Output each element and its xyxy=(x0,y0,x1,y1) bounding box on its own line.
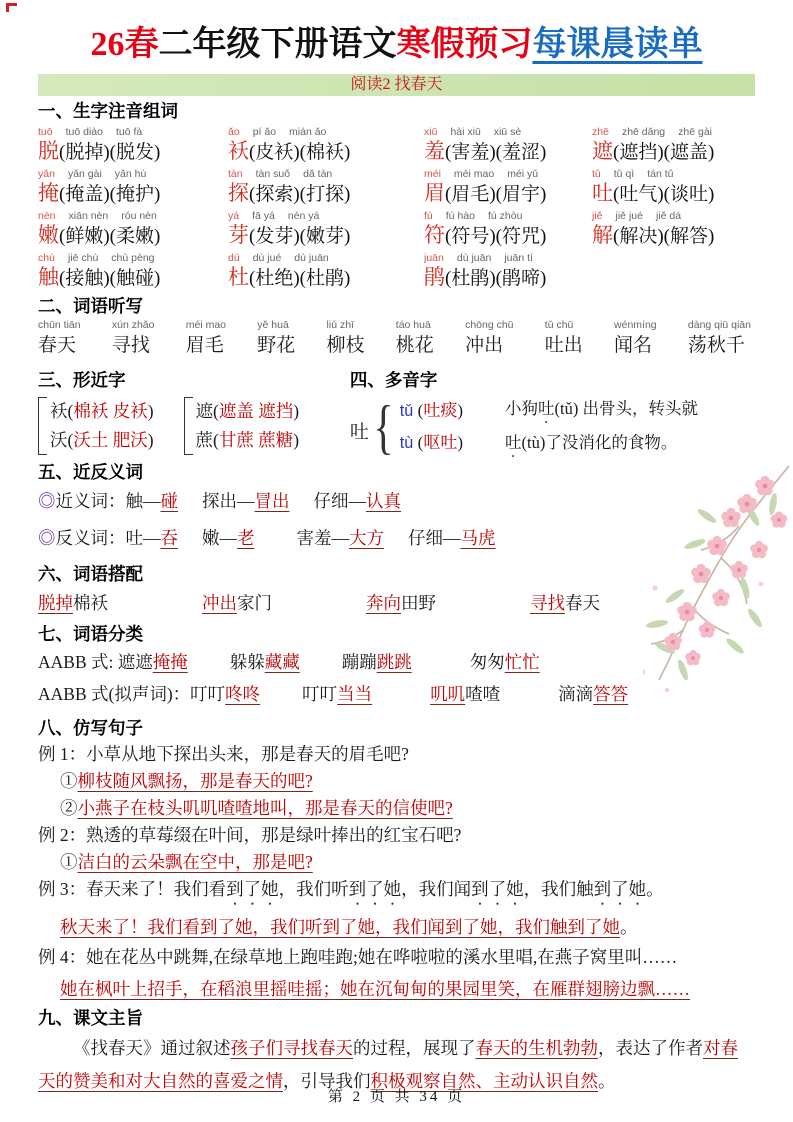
entry-words: (害羞)(羞涩) xyxy=(445,142,546,163)
character-entry: yáfā yánèn yá芽(发芽)(嫩芽) xyxy=(228,209,424,249)
text-segment: 藏藏 xyxy=(265,652,300,672)
polyphonic-body: 吐 { tǔ (吐痰)tù (呕吐) ★ 小狗吐(tǔ) 出骨头，转头就吐(tù… xyxy=(350,393,755,461)
text-segment: 孩子们寻找春天 xyxy=(231,1038,354,1058)
text-segment: 到了她 xyxy=(226,879,279,899)
pinyin: méi mao xyxy=(186,319,226,333)
page-content: 26春二年级下册语文寒假预习每课晨读单 阅读2 找春天 一、生字注音组词 tuō… xyxy=(0,22,793,1098)
text-segment: 小狗 xyxy=(505,399,538,418)
text-segment: ) xyxy=(457,433,463,452)
entry-words: (掩盖)(掩护) xyxy=(59,184,160,205)
text-line: AABB 式(拟声词)：叮叮咚咚叮叮当当叽叽喳喳滴滴答答 xyxy=(38,680,755,709)
pinyin-line: méiméi maoméi yǔ xyxy=(424,167,592,181)
similar-characters-groups: 袄(棉袄 皮袄)沃(沃土 肥沃)遮(遮盖 遮挡)蔗(甘蔗 蔗糖) xyxy=(38,397,350,455)
word-pinyin: méi mao xyxy=(454,167,494,181)
text-segment: 蔗( xyxy=(196,430,219,450)
text-segment: 呕吐 xyxy=(423,433,457,452)
pinyin-line: dùdù juédù juān xyxy=(228,251,424,265)
text-segment: 蹦蹦 xyxy=(342,652,377,672)
word-pinyin: jiě dá xyxy=(656,209,681,223)
text-segment: ，表达了作者 xyxy=(598,1038,703,1058)
text-segment: 遮( xyxy=(196,401,219,421)
word-pinyin: fā yá xyxy=(252,209,275,223)
text-segment: 大方 xyxy=(349,528,384,548)
entry-main: 吐(吐气)(谈吐) xyxy=(592,181,755,207)
text-segment: 棉袄 皮袄 xyxy=(73,401,147,421)
entry-main: 袄(皮袄)(棉袄) xyxy=(228,139,424,165)
word-pinyin: hài xiū xyxy=(450,125,480,139)
text-segment: 奔向 xyxy=(366,593,401,613)
corner-mark xyxy=(6,3,17,12)
text-segment: ，我们触 xyxy=(524,879,594,899)
character-entry: zhēzhē dǎngzhē gài遮(遮挡)(遮盖) xyxy=(592,125,755,165)
word-pinyin: róu nèn xyxy=(121,209,157,223)
text-segment: ② xyxy=(60,798,78,818)
text-segment: ) xyxy=(457,401,463,420)
word-pinyin: zhē gài xyxy=(678,125,712,139)
pinyin: chōng chū xyxy=(465,319,513,333)
word: 桃花 xyxy=(396,333,434,359)
text-segment: 滴滴 xyxy=(558,684,593,704)
word-pinyin: xiū sè xyxy=(494,125,521,139)
text-line: 袄(棉袄 皮袄) xyxy=(50,397,154,426)
text-segment: 棉袄 xyxy=(73,593,108,613)
head-character: 掩 xyxy=(38,181,59,205)
text-line: tù (呕吐) xyxy=(400,427,463,459)
text-segment: 老 xyxy=(237,528,255,548)
text-line: 小狗吐(tǔ) 出骨头，转头就 xyxy=(505,393,755,427)
character-entry: chùjiē chùchù pèng触(接触)(触碰) xyxy=(38,251,228,291)
text-segment: ，我们闻 xyxy=(401,879,471,899)
text-segment: 她在枫叶上招手，在稻浪里摇哇摇；她在沉甸甸的果园里笑，在雁群翅膀边飘…… xyxy=(60,979,690,999)
section-heading-collocations: 六、词语搭配 xyxy=(38,563,755,585)
dictation-item: yě huā野花 xyxy=(257,319,295,361)
head-character: 解 xyxy=(592,223,613,247)
word-pinyin: dù jué xyxy=(253,251,282,265)
entry-words: (杜绝)(杜鹃) xyxy=(249,268,350,289)
character-entry: tǔtǔ qìtán tǔ吐(吐气)(谈吐) xyxy=(592,167,755,207)
text-segment: 遮盖 遮挡 xyxy=(219,401,293,421)
worksheet-page: 26春二年级下册语文寒假预习每课晨读单 阅读2 找春天 一、生字注音组词 tuō… xyxy=(0,0,793,1122)
text-segment: ) xyxy=(148,401,154,421)
head-character: 鹃 xyxy=(424,265,445,289)
character-entry: tuōtuō diàotuō fà脱(脱掉)(脱发) xyxy=(38,125,228,165)
text-line: 蔗(甘蔗 蔗糖) xyxy=(196,426,300,455)
text-segment: ① xyxy=(60,771,78,791)
text-line: 例 1：小草从地下探出头来，那是春天的眉毛吧? xyxy=(38,741,755,768)
text-segment: ) xyxy=(293,401,299,421)
text-segment: 喳喳 xyxy=(465,684,500,704)
similar-characters-group: 袄(棉袄 皮袄)沃(沃土 肥沃) xyxy=(38,397,154,455)
entry-main: 眉(眉毛)(眉宇) xyxy=(424,181,592,207)
word-classification-lines: AABB 式: 遮遮掩掩躲躲藏藏蹦蹦跳跳匆匆忙忙AABB 式(拟声词)：叮叮咚咚… xyxy=(38,648,755,709)
bracket xyxy=(38,397,46,455)
head-pinyin: zhē xyxy=(592,125,609,139)
head-pinyin: chù xyxy=(38,251,55,265)
text-line: 吐(tù)了没消化的食物。 xyxy=(505,427,755,461)
text-segment: 例 1：小草从地下探出头来，那是春天的眉毛吧? xyxy=(38,744,409,764)
pinyin: liǔ zhī xyxy=(327,319,365,333)
text-line: ◎反义词：吐—吞嫩—老害羞—大方仔细—马虎 xyxy=(38,524,755,557)
head-character: 袄 xyxy=(228,139,249,163)
page-title: 26春二年级下册语文寒假预习每课晨读单 xyxy=(38,22,755,68)
similar-characters-group: 遮(遮盖 遮挡)蔗(甘蔗 蔗糖) xyxy=(184,397,300,455)
text-segment: 寻找 xyxy=(530,593,565,613)
text-segment: 当当 xyxy=(337,684,372,704)
word-pinyin: tǔ qì xyxy=(614,167,634,181)
text-segment: 忙忙 xyxy=(505,652,540,672)
word-pinyin: méi yǔ xyxy=(507,167,538,181)
text-segment: 《找春天》通过叙述 xyxy=(73,1038,231,1058)
word-pinyin: chù pèng xyxy=(111,251,154,265)
text-segment: 害羞— xyxy=(297,528,350,548)
bracket xyxy=(184,397,192,455)
pinyin: yě huā xyxy=(257,319,295,333)
pinyin-line: nènxiān nènróu nèn xyxy=(38,209,228,223)
text-segment: 甘蔗 蔗糖 xyxy=(219,430,293,450)
entry-words: (符号)(符咒) xyxy=(445,226,546,247)
sentence-imitation-lines: 例 1：小草从地下探出头来，那是春天的眉毛吧?①柳枝随风飘扬，那是春天的吧?②小… xyxy=(38,741,755,1003)
head-pinyin: xiū xyxy=(424,125,437,139)
entry-main: 脱(脱掉)(脱发) xyxy=(38,139,228,165)
text-line: 沃(沃土 肥沃) xyxy=(50,426,154,455)
entry-main: 芽(发芽)(嫩芽) xyxy=(228,223,424,249)
entry-words: (脱掉)(脱发) xyxy=(59,142,160,163)
text-segment: 跳跳 xyxy=(377,652,412,672)
text-line: 秋天来了！我们看到了她，我们听到了她，我们闻到了她，我们触到了她。 xyxy=(38,914,755,941)
entry-words: (鲜嫩)(柔嫩) xyxy=(59,226,160,247)
entry-main: 羞(害羞)(羞涩) xyxy=(424,139,592,165)
head-character: 探 xyxy=(228,181,249,205)
pinyin-line: juāndù juānjuān tí xyxy=(424,251,592,265)
head-character: 眉 xyxy=(424,181,445,205)
text-segment: 沃( xyxy=(50,430,73,450)
head-pinyin: tuō xyxy=(38,125,53,139)
text-segment: 嫩— xyxy=(202,528,237,548)
text-segment: 的过程，展现了 xyxy=(353,1038,476,1058)
character-entry: yǎnyǎn gàiyǎn hù掩(掩盖)(掩护) xyxy=(38,167,228,207)
section-heading-word-classification: 七、词语分类 xyxy=(38,623,755,645)
word-pinyin: pí ǎo xyxy=(253,125,276,139)
text-line: ①洁白的云朵飘在空中，那是吧? xyxy=(38,849,755,876)
character-entry-row: chùjiē chùchù pèng触(接触)(触碰)dùdù juédù ju… xyxy=(38,251,755,291)
pinyin-line: tàntàn suǒdǎ tàn xyxy=(228,167,424,181)
entry-main: 掩(掩盖)(掩护) xyxy=(38,181,228,207)
entry-words: (眉毛)(眉宇) xyxy=(445,184,546,205)
brace-glyph: { xyxy=(373,393,393,461)
pinyin: táo huā xyxy=(396,319,434,333)
section-heading-polyphonic: 四、多音字 xyxy=(350,369,755,391)
section-heading-sentence-imitation: 八、仿写句子 xyxy=(38,717,755,739)
group-lines: 遮(遮盖 遮挡)蔗(甘蔗 蔗糖) xyxy=(196,397,300,455)
word-pinyin: tán tǔ xyxy=(647,167,673,181)
entry-words: (解决)(解答) xyxy=(613,226,714,247)
text-segment: 春天 xyxy=(565,593,600,613)
entry-words: (遮挡)(遮盖) xyxy=(613,142,714,163)
head-pinyin: tàn xyxy=(228,167,243,181)
text-segment: 例 4：她在花丛中跳舞,在绿草地上跑哇跑;她在哗啦啦的溪水里唱,在燕子窝里叫…… xyxy=(38,947,677,967)
text-segment: 近义词：触— xyxy=(56,491,161,511)
text-segment: 叮叮 xyxy=(302,684,337,704)
entry-main: 触(接触)(触碰) xyxy=(38,265,228,291)
text-segment: 探出— xyxy=(202,491,255,511)
polyphonic-head-character: 吐 xyxy=(350,417,369,444)
text-segment: 叽叽 xyxy=(430,684,465,704)
title-part: 26春 xyxy=(91,26,159,63)
text-segment: 反义词：吐— xyxy=(56,528,161,548)
word: 眉毛 xyxy=(186,333,226,359)
text-segment: ) xyxy=(293,430,299,450)
section-heading-main-idea: 九、课文主旨 xyxy=(38,1007,755,1029)
entry-words: (接触)(触碰) xyxy=(59,268,160,289)
text-segment: 小燕子在枝头叽叽喳喳地叫，那是春天的信使吧? xyxy=(78,798,453,818)
text-segment: 到了她 xyxy=(349,879,402,899)
group-lines: 袄(棉袄 皮袄)沃(沃土 肥沃) xyxy=(50,397,154,455)
text-segment: 碰 xyxy=(161,491,179,511)
pinyin-line: yáfā yánèn yá xyxy=(228,209,424,223)
head-pinyin: méi xyxy=(424,167,441,181)
pinyin: wénmíng xyxy=(614,319,657,333)
word-pinyin: dǎ tàn xyxy=(303,167,332,181)
text-segment: tǔ xyxy=(400,402,418,420)
pinyin: chūn tiān xyxy=(38,319,81,333)
text-segment: 仔细— xyxy=(314,491,367,511)
word-pinyin: tuō fà xyxy=(116,125,142,139)
head-pinyin: ǎo xyxy=(228,125,240,139)
section-heading-dictation: 二、词语听写 xyxy=(38,295,755,317)
head-character: 芽 xyxy=(228,223,249,247)
text-segment: (tù)了没消化的食物。 xyxy=(522,433,678,452)
text-segment: 匆匆 xyxy=(470,652,505,672)
dictation-item: chōng chū冲出 xyxy=(465,319,513,361)
section-heading-similar-characters: 三、形近字 xyxy=(38,369,350,391)
pinyin-line: fúfú hàofú zhòu xyxy=(424,209,592,223)
polyphonic-example: 小狗吐(tǔ) 出骨头，转头就吐(tù)了没消化的食物。 xyxy=(505,393,755,461)
character-entry-row: yǎnyǎn gàiyǎn hù掩(掩盖)(掩护)tàntàn suǒdǎ tà… xyxy=(38,167,755,207)
text-segment: 袄( xyxy=(50,401,73,421)
lesson-banner: 阅读2 找春天 xyxy=(38,74,755,96)
section-heading-characters: 一、生字注音组词 xyxy=(38,100,755,122)
entry-main: 探(探索)(打探) xyxy=(228,181,424,207)
entry-main: 解(解决)(解答) xyxy=(592,223,755,249)
word-pinyin: fú zhòu xyxy=(488,209,522,223)
text-segment: 到了她 xyxy=(594,879,647,899)
word: 春天 xyxy=(38,333,81,359)
head-character: 吐 xyxy=(592,181,613,205)
text-segment: 答答 xyxy=(593,684,628,704)
word: 闻名 xyxy=(614,333,657,359)
word-pinyin: xiān nèn xyxy=(69,209,109,223)
dictation-item: tǔ chū吐出 xyxy=(545,319,583,361)
word-pinyin: tuō diào xyxy=(66,125,103,139)
text-segment: 躲躲 xyxy=(230,652,265,672)
character-entry: jiějiě juéjiě dá解(解决)(解答) xyxy=(592,209,755,249)
pinyin-line: yǎnyǎn gàiyǎn hù xyxy=(38,167,228,181)
head-character: 触 xyxy=(38,265,59,289)
text-line: tǔ (吐痰) xyxy=(400,395,463,427)
word-pinyin: jiě jué xyxy=(616,209,643,223)
pinyin-line: zhēzhē dǎngzhē gài xyxy=(592,125,755,139)
word: 野花 xyxy=(257,333,295,359)
title-part: 二年级下册语文 xyxy=(159,26,397,63)
text-segment: ◎ xyxy=(38,491,56,511)
text-segment: 。 xyxy=(646,879,664,899)
word-pinyin: tàn suǒ xyxy=(256,167,290,181)
polyphonic-readings: tǔ (吐痰)tù (呕吐) xyxy=(400,395,463,459)
text-line: AABB 式: 遮遮掩掩躲躲藏藏蹦蹦跳跳匆匆忙忙 xyxy=(38,648,755,677)
text-segment: 吐 xyxy=(538,399,555,418)
head-character: 羞 xyxy=(424,139,445,163)
head-pinyin: yǎn xyxy=(38,167,55,181)
text-segment: ◎ xyxy=(38,528,56,548)
text-line: ②小燕子在枝头叽叽喳喳地叫，那是春天的信使吧? xyxy=(38,795,755,822)
entry-words: (吐气)(谈吐) xyxy=(613,184,714,205)
head-pinyin: tǔ xyxy=(592,167,601,181)
pinyin: tǔ chū xyxy=(545,319,583,333)
word: 冲出 xyxy=(465,333,513,359)
pinyin-line: tuōtuō diàotuō fà xyxy=(38,125,228,139)
character-entry-row: nènxiān nènróu nèn嫩(鲜嫩)(柔嫩)yáfā yánèn yá… xyxy=(38,209,755,249)
character-entry: fúfú hàofú zhòu符(符号)(符咒) xyxy=(424,209,592,249)
text-segment: tù xyxy=(400,434,418,452)
text-line: ◎近义词：触—碰探出—冒出仔细—认真 xyxy=(38,487,755,520)
text-segment: 冲出 xyxy=(202,593,237,613)
text-line: 例 3：春天来了！我们看到了她，我们听到了她，我们闻到了她，我们触到了她。 xyxy=(38,876,755,909)
text-segment: 家门 xyxy=(237,593,272,613)
text-segment: AABB 式(拟声词)：叮叮 xyxy=(38,684,225,704)
pinyin-line: ǎopí ǎomián ǎo xyxy=(228,125,424,139)
head-pinyin: fú xyxy=(424,209,433,223)
dictation-item: liǔ zhī柳枝 xyxy=(327,319,365,361)
text-segment: ① xyxy=(60,852,78,872)
entry-main: 杜(杜绝)(杜鹃) xyxy=(228,265,424,291)
entry-words: (探索)(打探) xyxy=(249,184,350,205)
collocations-line: 脱掉棉袄冲出家门奔向田野寻找春天 xyxy=(38,589,755,617)
head-pinyin: nèn xyxy=(38,209,56,223)
head-character: 嫩 xyxy=(38,223,59,247)
head-pinyin: jiě xyxy=(592,209,603,223)
text-segment: 春天的生机勃勃 xyxy=(476,1038,599,1058)
text-segment: 掩掩 xyxy=(153,652,188,672)
dictation-item: chūn tiān春天 xyxy=(38,319,81,361)
word-pinyin: fú hào xyxy=(446,209,475,223)
text-line: 遮(遮盖 遮挡) xyxy=(196,397,300,426)
polyphonic-section: 四、多音字 吐 { tǔ (吐痰)tù (呕吐) ★ 小狗吐(tǔ) 出骨头，转… xyxy=(350,365,755,457)
entry-words: (发芽)(嫩芽) xyxy=(249,226,350,247)
dictation-item: méi mao眉毛 xyxy=(186,319,226,361)
text-line: ①柳枝随风飘扬，那是春天的吧? xyxy=(38,768,755,795)
entry-words: (杜鹃)(鹃啼) xyxy=(445,268,546,289)
pinyin-line: jiějiě juéjiě dá xyxy=(592,209,755,223)
word-pinyin: zhē dǎng xyxy=(622,125,665,139)
page-number: 第 2 页 共 34 页 xyxy=(0,1085,793,1106)
text-segment: 仔细— xyxy=(408,528,461,548)
title-part: 每课晨读单 xyxy=(533,26,703,63)
text-segment: ) xyxy=(148,430,154,450)
word: 寻找 xyxy=(112,333,155,359)
word-pinyin: dù juān xyxy=(294,251,328,265)
synonyms-antonyms-lines: ◎近义词：触—碰探出—冒出仔细—认真◎反义词：吐—吞嫩—老害羞—大方仔细—马虎 xyxy=(38,487,755,557)
pinyin-line: xiūhài xiūxiū sè xyxy=(424,125,592,139)
text-segment: 秋天来了！我们看到了她，我们听到了她，我们闻到了她，我们触到了她 xyxy=(60,917,620,937)
dictation-item: wénmíng闻名 xyxy=(614,319,657,361)
word-pinyin: nèn yá xyxy=(288,209,320,223)
text-segment: 例 2：熟透的草莓缀在叶间，那是绿叶捧出的红宝石吧? xyxy=(38,825,461,845)
dictation-item: táo huā桃花 xyxy=(396,319,434,361)
word-pinyin: yǎn hù xyxy=(115,167,147,181)
text-segment: 冒出 xyxy=(255,491,290,511)
character-entry: ǎopí ǎomián ǎo袄(皮袄)(棉袄) xyxy=(228,125,424,165)
text-segment: 柳枝随风飘扬，那是春天的吧? xyxy=(78,771,313,791)
text-segment: 洁白的云朵飘在空中，那是吧? xyxy=(78,852,313,872)
entry-main: 嫩(鲜嫩)(柔嫩) xyxy=(38,223,228,249)
text-segment: AABB 式: 遮遮 xyxy=(38,652,153,672)
character-entry: juāndù juānjuān tí鹃(杜鹃)(鹃啼) xyxy=(424,251,592,291)
text-segment: 咚咚 xyxy=(225,684,260,704)
character-entry: xiūhài xiūxiū sè羞(害羞)(羞涩) xyxy=(424,125,592,165)
word-pinyin: juān tí xyxy=(504,251,533,265)
head-character: 脱 xyxy=(38,139,59,163)
head-character: 杜 xyxy=(228,265,249,289)
similar-characters-section: 三、形近字 袄(棉袄 皮袄)沃(沃土 肥沃)遮(遮盖 遮挡)蔗(甘蔗 蔗糖) xyxy=(38,365,350,457)
head-pinyin: yá xyxy=(228,209,239,223)
word-pinyin: jiē chù xyxy=(68,251,98,265)
character-entries: tuōtuō diàotuō fà脱(脱掉)(脱发)ǎopí ǎomián ǎo… xyxy=(38,125,755,291)
word: 吐出 xyxy=(545,333,583,359)
text-line: 例 4：她在花丛中跳舞,在绿草地上跑哇跑;她在哗啦啦的溪水里唱,在燕子窝里叫…… xyxy=(38,944,755,971)
dictation-words: chūn tiān春天xún zhǎo寻找méi mao眉毛yě huā野花li… xyxy=(38,319,755,361)
dictation-item: xún zhǎo寻找 xyxy=(112,319,155,361)
word-pinyin: mián ǎo xyxy=(289,125,326,139)
character-entry-row: tuōtuō diàotuō fà脱(脱掉)(脱发)ǎopí ǎomián ǎo… xyxy=(38,125,755,165)
word: 荡秋千 xyxy=(688,333,751,359)
character-entry: nènxiān nènróu nèn嫩(鲜嫩)(柔嫩) xyxy=(38,209,228,249)
text-line: 她在枫叶上招手，在稻浪里摇哇摇；她在沉甸甸的果园里笑，在雁群翅膀边飘…… xyxy=(38,976,755,1003)
title-part: 寒假预习 xyxy=(397,26,533,63)
character-entry: tàntàn suǒdǎ tàn探(探索)(打探) xyxy=(228,167,424,207)
text-segment: 沃土 肥沃 xyxy=(73,430,147,450)
character-entry: dùdù juédù juān杜(杜绝)(杜鹃) xyxy=(228,251,424,291)
dictation-item: dàng qiū qiān荡秋千 xyxy=(688,319,751,361)
text-segment: 吐 xyxy=(505,433,522,452)
text-segment: 脱掉 xyxy=(38,593,73,613)
entry-main: 鹃(杜鹃)(鹃啼) xyxy=(424,265,592,291)
pinyin-line: chùjiē chùchù pèng xyxy=(38,251,228,265)
text-segment: 田野 xyxy=(401,593,436,613)
word-pinyin: yǎn gài xyxy=(68,167,102,181)
text-segment: 吐痰 xyxy=(423,401,457,420)
head-character: 符 xyxy=(424,223,445,247)
head-pinyin: juān xyxy=(424,251,444,265)
similar-and-polyphonic-row: 三、形近字 袄(棉袄 皮袄)沃(沃土 肥沃)遮(遮盖 遮挡)蔗(甘蔗 蔗糖) 四… xyxy=(38,365,755,457)
character-entry: méiméi maoméi yǔ眉(眉毛)(眉宇) xyxy=(424,167,592,207)
text-segment: 例 3：春天来了！我们看 xyxy=(38,879,226,899)
text-segment: (tǔ) 出骨头，转头就 xyxy=(555,399,698,418)
word-pinyin: dù juān xyxy=(457,251,491,265)
text-segment: 吞 xyxy=(161,528,179,548)
text-line: 例 2：熟透的草莓缀在叶间，那是绿叶捧出的红宝石吧? xyxy=(38,822,755,849)
text-segment: 马虎 xyxy=(461,528,496,548)
text-segment: 到了她 xyxy=(471,879,524,899)
word: 柳枝 xyxy=(327,333,365,359)
pinyin: xún zhǎo xyxy=(112,319,155,333)
entry-words: (皮袄)(棉袄) xyxy=(249,142,350,163)
section-heading-synonyms-antonyms: 五、近反义词 xyxy=(38,461,755,483)
head-character: 遮 xyxy=(592,139,613,163)
head-pinyin: dù xyxy=(228,251,240,265)
text-segment: 认真 xyxy=(366,491,401,511)
text-segment: 。 xyxy=(620,917,638,937)
text-segment: ，我们听 xyxy=(279,879,349,899)
